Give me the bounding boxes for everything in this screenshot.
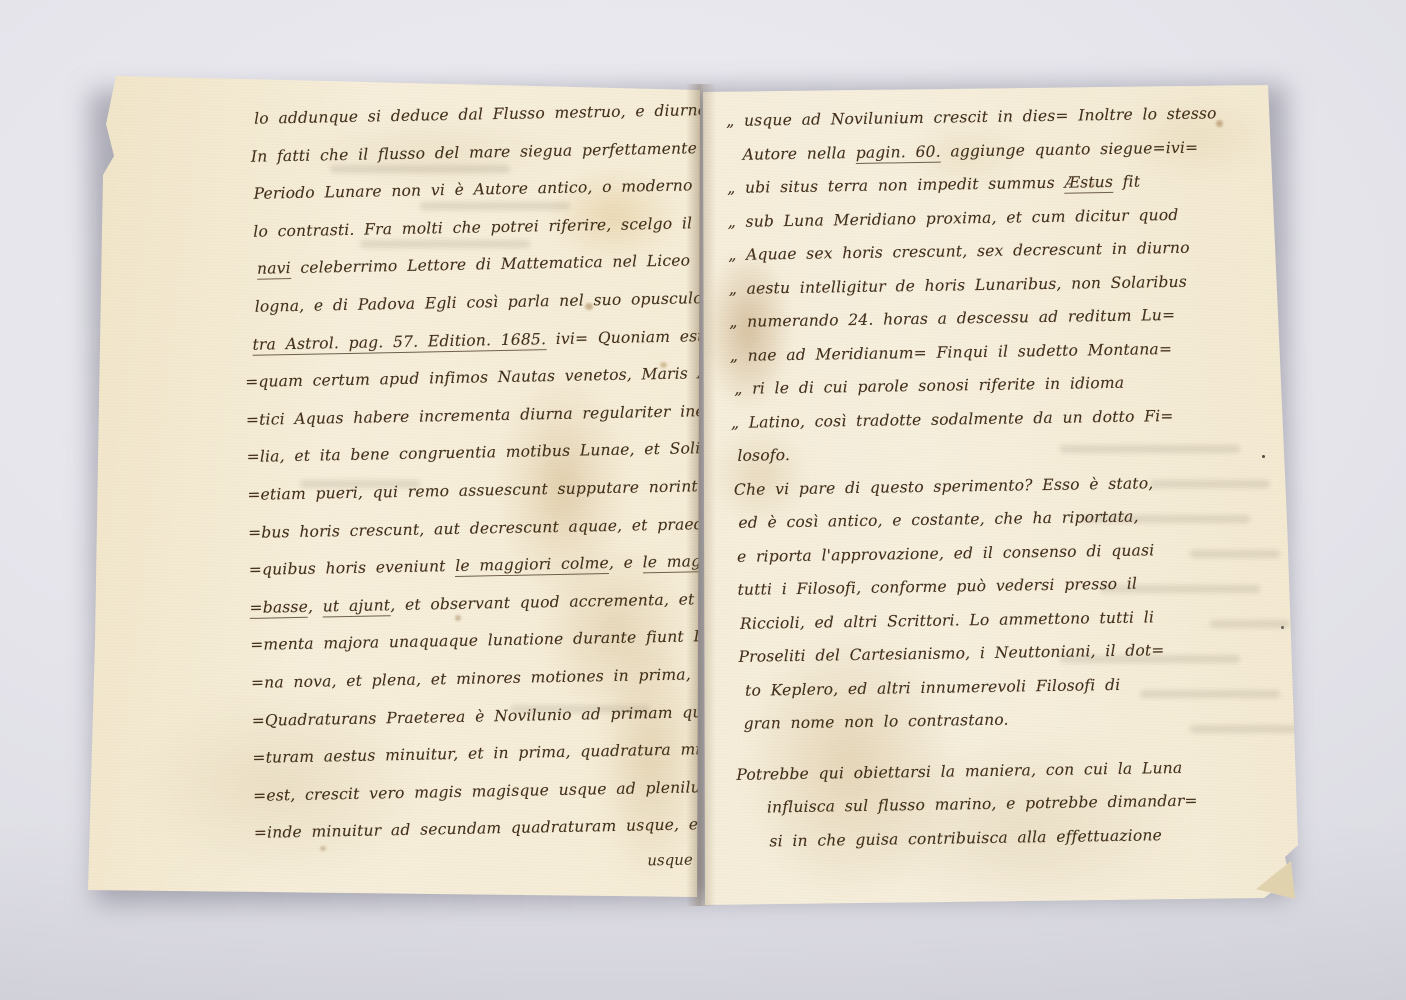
handwritten-text: „ usque ad Novilunium crescit in dies= I…: [726, 104, 1217, 130]
underlined-text: navi: [257, 259, 291, 280]
manuscript-photograph: lo addunque si deduce dal Flusso mestruo…: [0, 0, 1406, 1000]
handwritten-text: ,: [308, 597, 323, 615]
handwritten-text: gran nome non lo contrastano.: [743, 711, 1008, 733]
underlined-text: ut ajunt: [323, 596, 391, 617]
underlined-text: =basse: [249, 598, 308, 619]
show-through-mark: [1210, 620, 1290, 628]
handwritten-text: fit: [1113, 173, 1140, 191]
handwritten-text: Autore nella: [743, 143, 856, 163]
underlined-text: pagin. 60.: [856, 142, 941, 163]
left-page-text: lo addunque si deduce dal Flusso mestruo…: [240, 101, 734, 862]
handwritten-text: aggiunge quanto siegue=ivi=: [941, 138, 1199, 160]
handwritten-text: „ ubi situs terra non impedit summus: [727, 174, 1064, 197]
underlined-text: Æstus: [1064, 173, 1113, 194]
right-page-text: „ usque ad Novilunium crescit in dies= I…: [726, 104, 1218, 865]
handwritten-text: Potrebbe qui obiettarsi la maniera, con …: [736, 758, 1182, 783]
manuscript-line: gran nome non lo contrastano.: [735, 707, 1215, 748]
handwritten-text: losofo.: [737, 446, 790, 465]
handwritten-text: , e: [609, 553, 643, 572]
underlined-text: le maggiori colme: [455, 554, 609, 577]
ink-speck: [1262, 455, 1265, 458]
handwritten-text: =quibus horis eveniunt: [249, 557, 456, 579]
underlined-text: tra Astrol. pag. 57. Edition. 1685.: [252, 330, 546, 356]
